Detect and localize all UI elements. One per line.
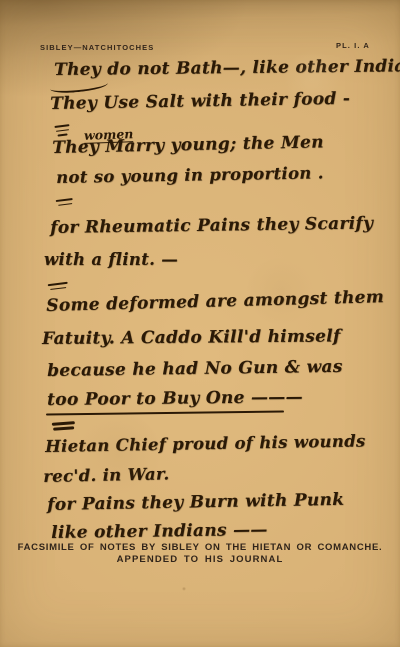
emphasis-mark — [54, 122, 71, 139]
handwritten-line: Fatuity. A Caddo Kill'd himself — [42, 326, 341, 349]
underline-flourish — [50, 77, 109, 94]
handwritten-line: because he had No Gun & was — [47, 357, 343, 381]
handwritten-line: Hietan Chief proud of his wounds — [45, 431, 366, 456]
running-title: SIBLEY—NATCHITOCHES — [40, 43, 154, 52]
caption-line-1: FACSIMILE OF NOTES BY SIBLEY ON THE HIET… — [0, 542, 400, 553]
handwritten-line: with a flint. — — [44, 250, 178, 269]
handwritten-line: too Poor to Buy One ——— — [47, 387, 303, 410]
handwritten-line: not so young in proportion . — [56, 163, 324, 187]
plate-number: PL. I. A — [336, 41, 370, 50]
handwritten-line: Some deformed are amongst them — [46, 287, 384, 316]
underline-rule — [46, 411, 284, 416]
handwritten-line: They Use Salt with their food - — [50, 89, 350, 114]
caption-line-2: APPENDED TO HIS JOURNAL — [0, 554, 400, 565]
handwritten-line: They do not Bath—, like other Indian — [54, 56, 400, 80]
figure-caption: FACSIMILE OF NOTES BY SIBLEY ON THE HIET… — [0, 542, 400, 565]
handwritten-line: They Marry young; the Men — [52, 132, 324, 158]
emphasis-mark — [47, 280, 68, 293]
book-page: SIBLEY—NATCHITOCHES PL. I. A They do not… — [0, 0, 400, 647]
handwritten-line: rec'd. in War. — [43, 464, 170, 486]
handwritten-line: for Pains they Burn with Punk — [47, 490, 344, 515]
handwritten-line: like other Indians —— — [51, 520, 268, 543]
emphasis-mark — [52, 419, 76, 433]
emphasis-mark — [55, 196, 73, 209]
handwritten-line: for Rheumatic Pains they Scarify — [50, 213, 373, 238]
